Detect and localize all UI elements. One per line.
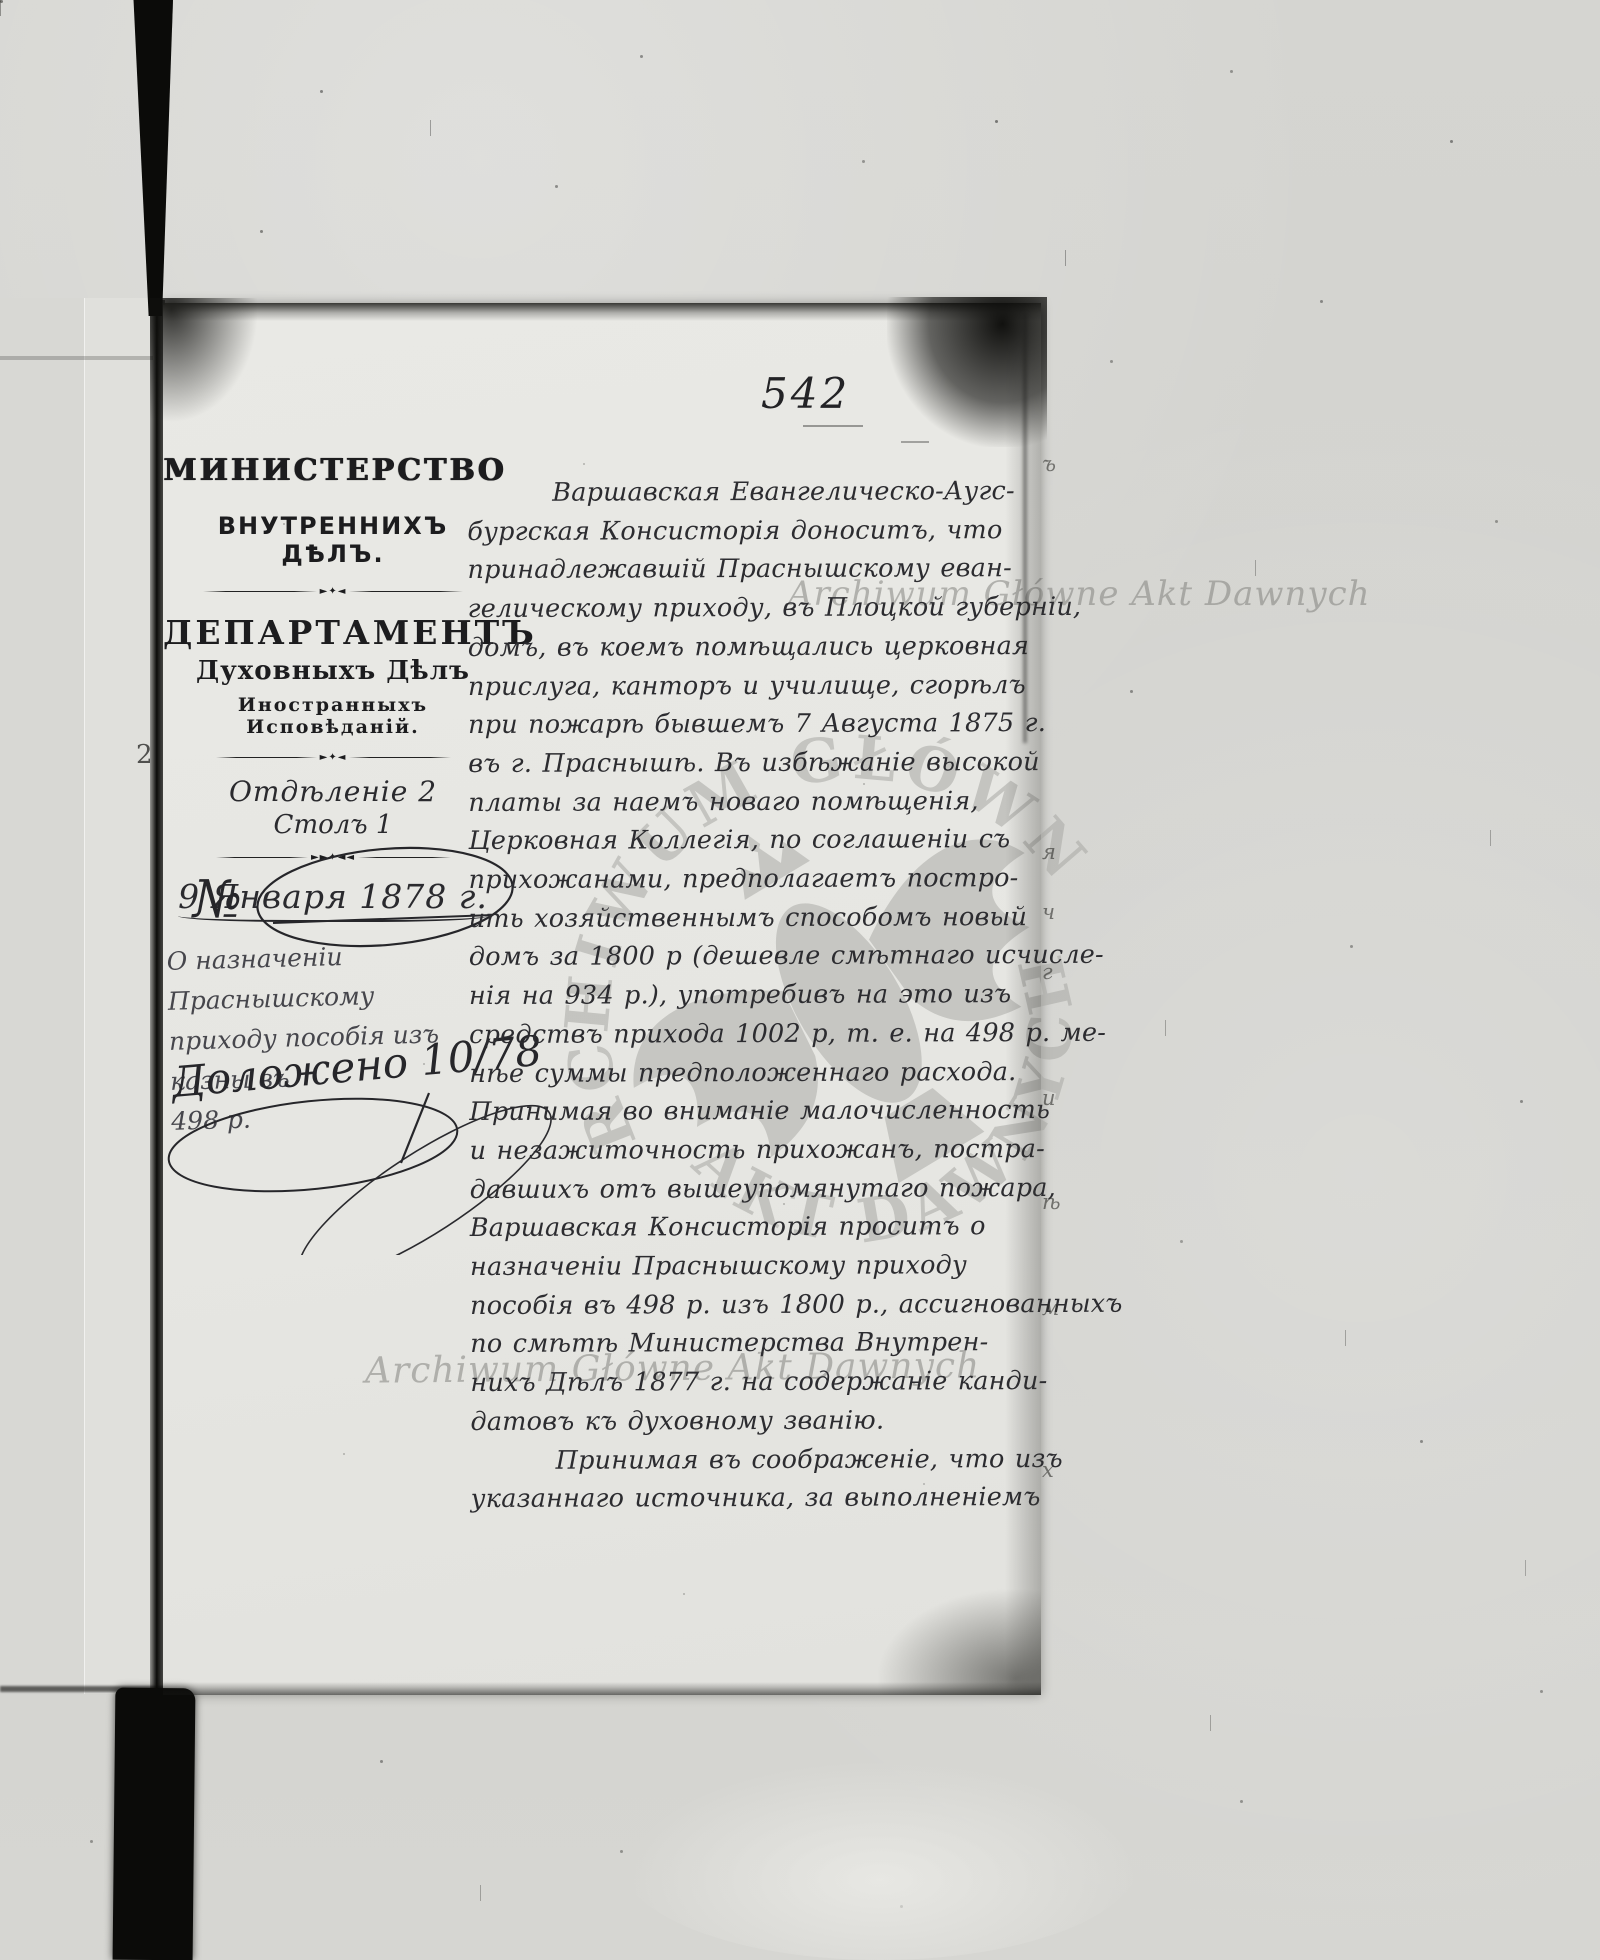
margin-bleed-mark: ч (1042, 900, 1055, 924)
desk-number-handwritten: Столъ 1 (163, 810, 503, 840)
margin-bleed-mark: и (1042, 1086, 1056, 1110)
binding-bar-top (131, 0, 173, 316)
manuscript-line: указаннаго источника, за выполненіемъ (471, 1478, 1049, 1519)
ministry-title: МИНИСТЕРСТВО (163, 453, 503, 488)
binding-bar-bottom (113, 1688, 196, 1960)
manuscript-line: нія на 934 р.), употребивъ на это изъ (469, 975, 1047, 1016)
ministry-subtitle: ВНУТРЕННИХЪ ДѢЛЪ. (163, 512, 503, 568)
manuscript-line: прихожанами, предполагаетъ постро- (469, 859, 1047, 900)
manuscript-line: гелическому приходу, въ Плоцкой губерніи… (468, 588, 1046, 629)
folio-underline (803, 425, 863, 427)
margin-bleed-mark: я (1042, 840, 1056, 864)
manuscript-line: нѣе суммы предположеннаго расхода. (469, 1053, 1047, 1094)
ornament-glyphs: ►✦◄ (317, 586, 350, 597)
manuscript-line: бургская Консисторія доноситъ, что (467, 511, 1045, 552)
manuscript-line: Варшавская Евангелическо-Аугс- (467, 472, 1045, 513)
department-title: ДЕПАРТАМЕНТЪ (163, 613, 503, 652)
manuscript-line: давшихъ отъ вышеупомянутаго пожара, (470, 1169, 1048, 1210)
margin-bleed-mark: г (1042, 960, 1053, 984)
manuscript-line: Церковная Коллегія, по соглашеніи съ (468, 820, 1046, 861)
section-number-handwritten: Отдѣленіе 2 (163, 775, 503, 808)
backdrop-smudge (620, 1760, 1140, 1960)
underlying-page-crease (0, 356, 153, 360)
ornament-divider: ►✦◄ (203, 586, 463, 597)
underlying-page-edge (0, 298, 153, 1694)
margin-bleed-mark: х (1042, 1458, 1054, 1482)
film-scratches (0, 0, 1, 16)
page-bottom-corner-smudge (871, 1585, 1041, 1695)
margin-bleed-mark: ъ (1042, 452, 1056, 476)
number-label: № (191, 870, 242, 930)
folio-number-handwritten: 542 (761, 369, 850, 418)
underlying-page-fold (84, 298, 154, 1694)
manuscript-line: по смѣтѣ Министерства Внутрен- (470, 1323, 1048, 1364)
subject-line: О назначеніи Праснышскому (166, 932, 518, 1022)
manuscript-line: Принимая въ соображеніе, что изъ (471, 1440, 1049, 1481)
manuscript-line: въ г. Праснышѣ. Въ избѣжаніе высокой (468, 743, 1046, 784)
ornament-divider: ►✦◄ (216, 752, 451, 763)
manuscript-line: платы за наемъ новаго помѣщенія, (468, 782, 1046, 823)
page-right-edge-streak (1023, 313, 1027, 743)
manuscript-line: средствъ прихода 1002 р, т. е. на 498 р.… (469, 1014, 1047, 1055)
manuscript-line: назначеніи Праснышскому приходу (470, 1246, 1048, 1287)
manuscript-line: принадлежавшій Праснышскому еван- (467, 549, 1045, 590)
manuscript-line: ить хозяйственнымъ способомъ новый (469, 898, 1047, 939)
manuscript-line: прислуга, канторъ и училище, сгорѣлъ (468, 666, 1046, 707)
manuscript-line: нихъ Дѣлъ 1877 г. на содержаніе канди- (470, 1362, 1048, 1403)
manuscript-line: и незажиточность прихожанъ, постра- (469, 1130, 1047, 1171)
manuscript-line: Принимая во вниманіе малочисленность (469, 1091, 1047, 1132)
manuscript-line: пособія въ 498 р. изъ 1800 р., ассигнова… (470, 1285, 1048, 1326)
manuscript-body: Варшавская Евангелическо-Аугс- бургская … (467, 472, 1049, 1519)
manuscript-line: при пожарѣ бывшемъ 7 Августа 1875 г. (468, 704, 1046, 745)
archival-photo-scan: МИНИСТЕРСТВО ВНУТРЕННИХЪ ДѢЛЪ. ►✦◄ ДЕПАР… (0, 0, 1600, 1960)
manuscript-line: Варшавская Консисторія проситъ о (470, 1207, 1048, 1248)
manuscript-line: домъ за 1800 р (дешевле смѣтнаго исчисле… (469, 936, 1047, 977)
ornament-glyphs: ►✦◄ (317, 752, 350, 763)
margin-bleed-mark: м (1042, 1296, 1059, 1320)
folio-side-note: 2 (136, 740, 153, 770)
document-page: МИНИСТЕРСТВО ВНУТРЕННИХЪ ДѢЛЪ. ►✦◄ ДЕПАР… (163, 303, 1041, 1695)
department-line3: Иностранныхъ Исповѣданій. (163, 694, 503, 738)
manuscript-line: датовъ къ духовному званію. (470, 1401, 1048, 1442)
manuscript-line: домъ, въ коемъ помѣщались церковная (468, 627, 1046, 668)
margin-bleed-mark: ѣ (1042, 1190, 1061, 1214)
department-line2: Духовныхъ Дѣлъ (163, 656, 503, 686)
